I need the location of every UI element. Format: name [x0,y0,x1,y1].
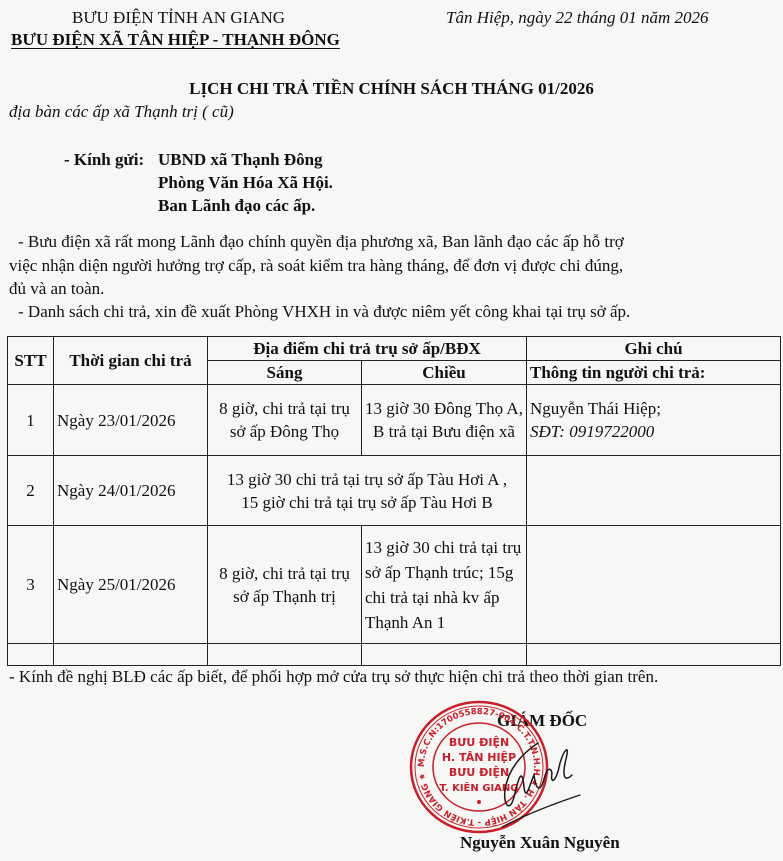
header-morning: Sáng [208,361,362,385]
org-parent: BƯU ĐIỆN TỈNH AN GIANG [72,8,285,28]
location-line-1: 13 giờ 30 chi trả tại trụ sở ấp Tàu Hơi … [211,468,523,491]
paragraph-1: - Bưu điện xã rất mong Lãnh đạo chính qu… [18,232,624,252]
empty-cell [362,644,527,666]
table-row: 2 Ngày 24/01/2026 13 giờ 30 chi trả tại … [8,456,781,526]
table-header-row: STT Thời gian chi trả Địa điểm chi trả t… [8,337,781,361]
row-morning: 8 giờ, chi trả tại trụ sở ấp Đông Thọ [208,385,362,456]
row-note: Nguyễn Thái Hiệp; SĐT: 0919722000 [527,385,781,456]
recipient-3: Ban Lãnh đạo các ấp. [158,196,315,216]
table-row: 1 Ngày 23/01/2026 8 giờ, chi trả tại trụ… [8,385,781,456]
row-morning: 8 giờ, chi trả tại trụ sở ấp Thạnh trị [208,526,362,644]
row-date: Ngày 23/01/2026 [54,385,208,456]
table-empty-row [8,644,781,666]
empty-cell [527,644,781,666]
row-afternoon: 13 giờ 30 chi trả tại trụ sở ấp Thạnh tr… [362,526,527,644]
closing-note: - Kính đề nghị BLĐ các ấp biết, để phối … [9,667,658,687]
row-note [527,456,781,526]
document-title: LỊCH CHI TRẢ TIỀN CHÍNH SÁCH THÁNG 01/20… [0,79,783,99]
row-afternoon: 13 giờ 30 Đông Thọ A, B trả tại Bưu điện… [362,385,527,456]
empty-cell [8,644,54,666]
header-afternoon: Chiều [362,361,527,385]
row-stt: 1 [8,385,54,456]
place-date: Tân Hiệp, ngày 22 tháng 01 năm 2026 [446,8,709,28]
row-merged-location: 13 giờ 30 chi trả tại trụ sở ấp Tàu Hơi … [208,456,527,526]
location-line-2: 15 giờ chi trả tại trụ sở ấp Tàu Hơi B [211,491,523,514]
paragraph-2: việc nhận diện người hưởng trợ cấp, rà s… [9,256,623,276]
recipient-2: Phòng Văn Hóa Xã Hội. [158,173,333,193]
payer-phone: SĐT: 0919722000 [530,420,777,443]
row-stt: 2 [8,456,54,526]
header-location: Địa điểm chi trả trụ sở ấp/BĐX [208,337,527,361]
org-unit: BƯU ĐIỆN XÃ TÂN HIỆP - THẠNH ĐÔNG [11,30,340,50]
header-payer-info: Thông tin người chi trả: [527,361,781,385]
header-note: Ghi chú [527,337,781,361]
row-date: Ngày 24/01/2026 [54,456,208,526]
header-time: Thời gian chi trả [54,337,208,385]
row-note [527,526,781,644]
row-stt: 3 [8,526,54,644]
payer-name: Nguyễn Thái Hiệp; [530,397,777,420]
header-stt: STT [8,337,54,385]
document-subtitle: địa bàn các ấp xã Thạnh trị ( cũ) [9,102,234,122]
handwritten-signature [500,735,590,830]
payment-schedule-table: STT Thời gian chi trả Địa điểm chi trả t… [7,336,781,666]
recipient-1: UBND xã Thạnh Đông [158,150,323,170]
paragraph-4: - Danh sách chi trả, xin đề xuất Phòng V… [18,302,630,322]
row-date: Ngày 25/01/2026 [54,526,208,644]
table-row: 3 Ngày 25/01/2026 8 giờ, chi trả tại trụ… [8,526,781,644]
recipients-label: - Kính gửi: [64,150,144,170]
empty-cell [54,644,208,666]
signer-name: Nguyễn Xuân Nguyên [460,833,620,853]
empty-cell [208,644,362,666]
paragraph-3: đủ và an toàn. [9,279,104,299]
